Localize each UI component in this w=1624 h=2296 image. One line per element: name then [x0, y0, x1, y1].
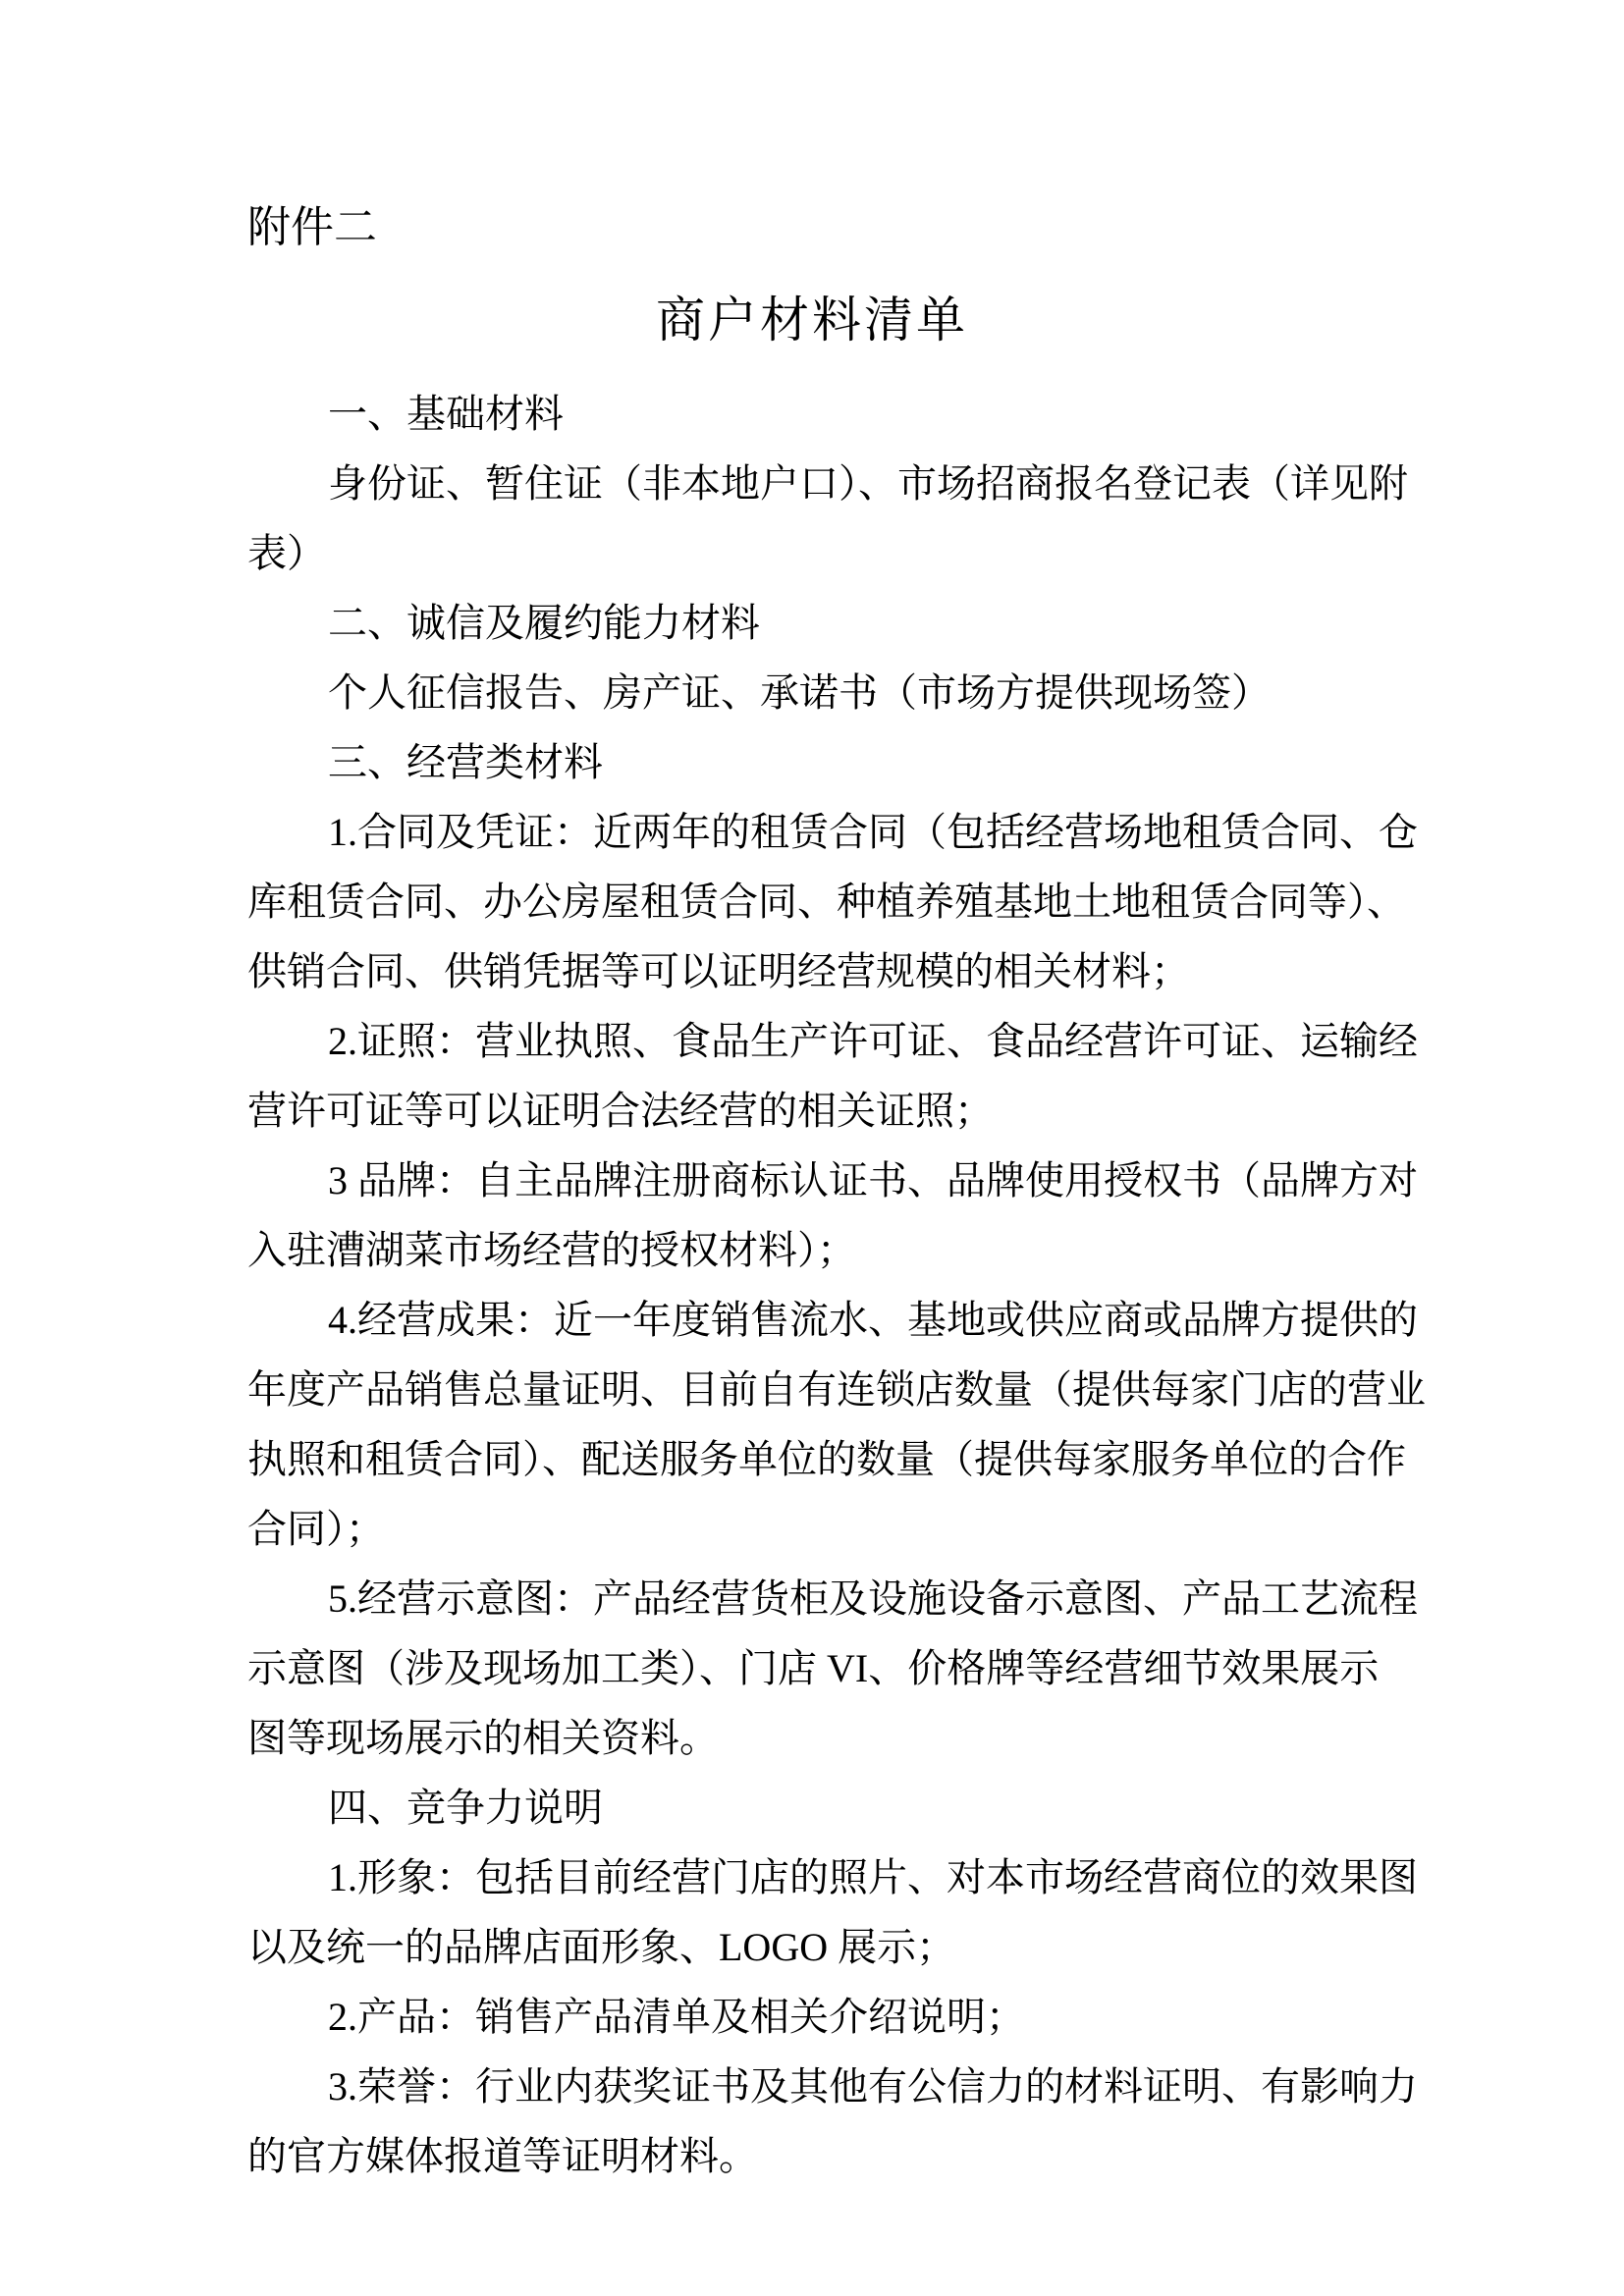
document-page: 附件二 商户材料清单 一、基础材料 身份证、暂住证（非本地户口）、市场招商报名登… — [0, 0, 1624, 2296]
document-text-line: 合同）； — [247, 1494, 1404, 1564]
document-text-line: 库租赁合同、办公房屋租赁合同、种植养殖基地土地租赁合同等）、 — [247, 867, 1404, 936]
attachment-label: 附件二 — [247, 206, 377, 249]
document-text-line: 示意图（涉及现场加工类）、门店 VI、价格牌等经营细节效果展示 — [247, 1633, 1404, 1703]
document-text-line: 的官方媒体报道等证明材料。 — [247, 2121, 1404, 2191]
document-text-line: 营许可证等可以证明合法经营的相关证照； — [247, 1076, 1404, 1146]
document-text-line: 1.合同及凭证：近两年的租赁合同（包括经营场地租赁合同、仓 — [247, 797, 1404, 867]
document-text-line: 年度产品销售总量证明、目前自有连锁店数量（提供每家门店的营业 — [247, 1355, 1404, 1424]
document-text-line: 身份证、暂住证（非本地户口）、市场招商报名登记表（详见附 — [247, 449, 1404, 518]
document-text-line: 3 品牌：自主品牌注册商标认证书、品牌使用授权书（品牌方对 — [247, 1146, 1404, 1215]
document-title: 商户材料清单 — [0, 295, 1624, 345]
document-text-line: 三、经营类材料 — [247, 727, 1404, 797]
document-text-line: 2.产品：销售产品清单及相关介绍说明； — [247, 1982, 1404, 2052]
document-text-line: 5.经营示意图：产品经营货柜及设施设备示意图、产品工艺流程 — [247, 1564, 1404, 1633]
document-text-line: 2.证照：营业执照、食品生产许可证、食品经营许可证、运输经 — [247, 1006, 1404, 1076]
document-text-line: 3.荣誉：行业内获奖证书及其他有公信力的材料证明、有影响力 — [247, 2052, 1404, 2121]
document-text-line: 以及统一的品牌店面形象、LOGO 展示； — [247, 1912, 1404, 1982]
document-text-line: 1.形象：包括目前经营门店的照片、对本市场经营商位的效果图 — [247, 1842, 1404, 1912]
document-text-line: 图等现场展示的相关资料。 — [247, 1703, 1404, 1773]
document-text-line: 二、诚信及履约能力材料 — [247, 588, 1404, 658]
document-text-line: 表） — [247, 518, 1404, 588]
document-text-line: 4.经营成果：近一年度销售流水、基地或供应商或品牌方提供的 — [247, 1285, 1404, 1355]
document-text-line: 四、竞争力说明 — [247, 1773, 1404, 1842]
document-text-line: 个人征信报告、房产证、承诺书（市场方提供现场签） — [247, 658, 1404, 727]
document-text-line: 执照和租赁合同）、配送服务单位的数量（提供每家服务单位的合作 — [247, 1424, 1404, 1494]
document-text-line: 入驻漕湖菜市场经营的授权材料）； — [247, 1215, 1404, 1285]
document-text-line: 一、基础材料 — [247, 379, 1404, 449]
document-body: 一、基础材料 身份证、暂住证（非本地户口）、市场招商报名登记表（详见附 表） 二… — [247, 379, 1404, 2191]
document-text-line: 供销合同、供销凭据等可以证明经营规模的相关材料； — [247, 936, 1404, 1006]
